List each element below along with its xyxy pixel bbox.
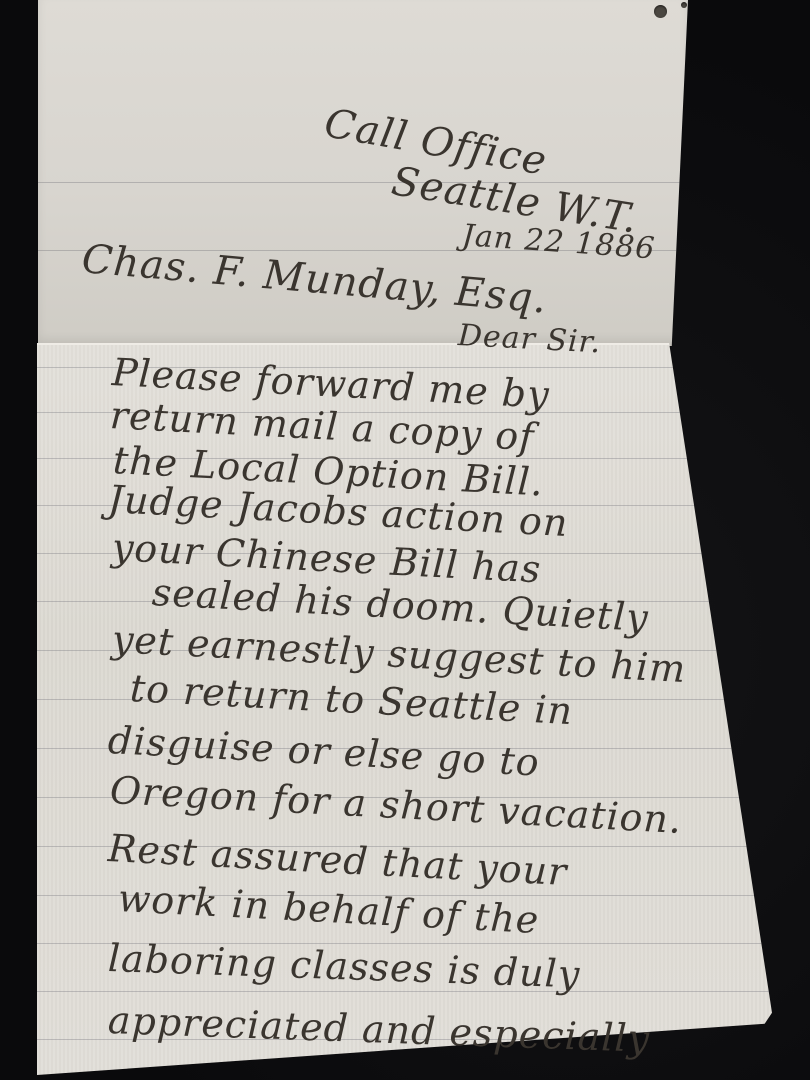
ruled-line: [38, 182, 688, 183]
salutation: Dear Sir.: [457, 318, 602, 360]
ruled-line: [37, 991, 772, 992]
punch-hole: [681, 2, 687, 8]
punch-hole: [654, 5, 667, 18]
photo-scene: Call Office Seattle W.T. Jan 22 1886 Cha…: [0, 0, 810, 1080]
